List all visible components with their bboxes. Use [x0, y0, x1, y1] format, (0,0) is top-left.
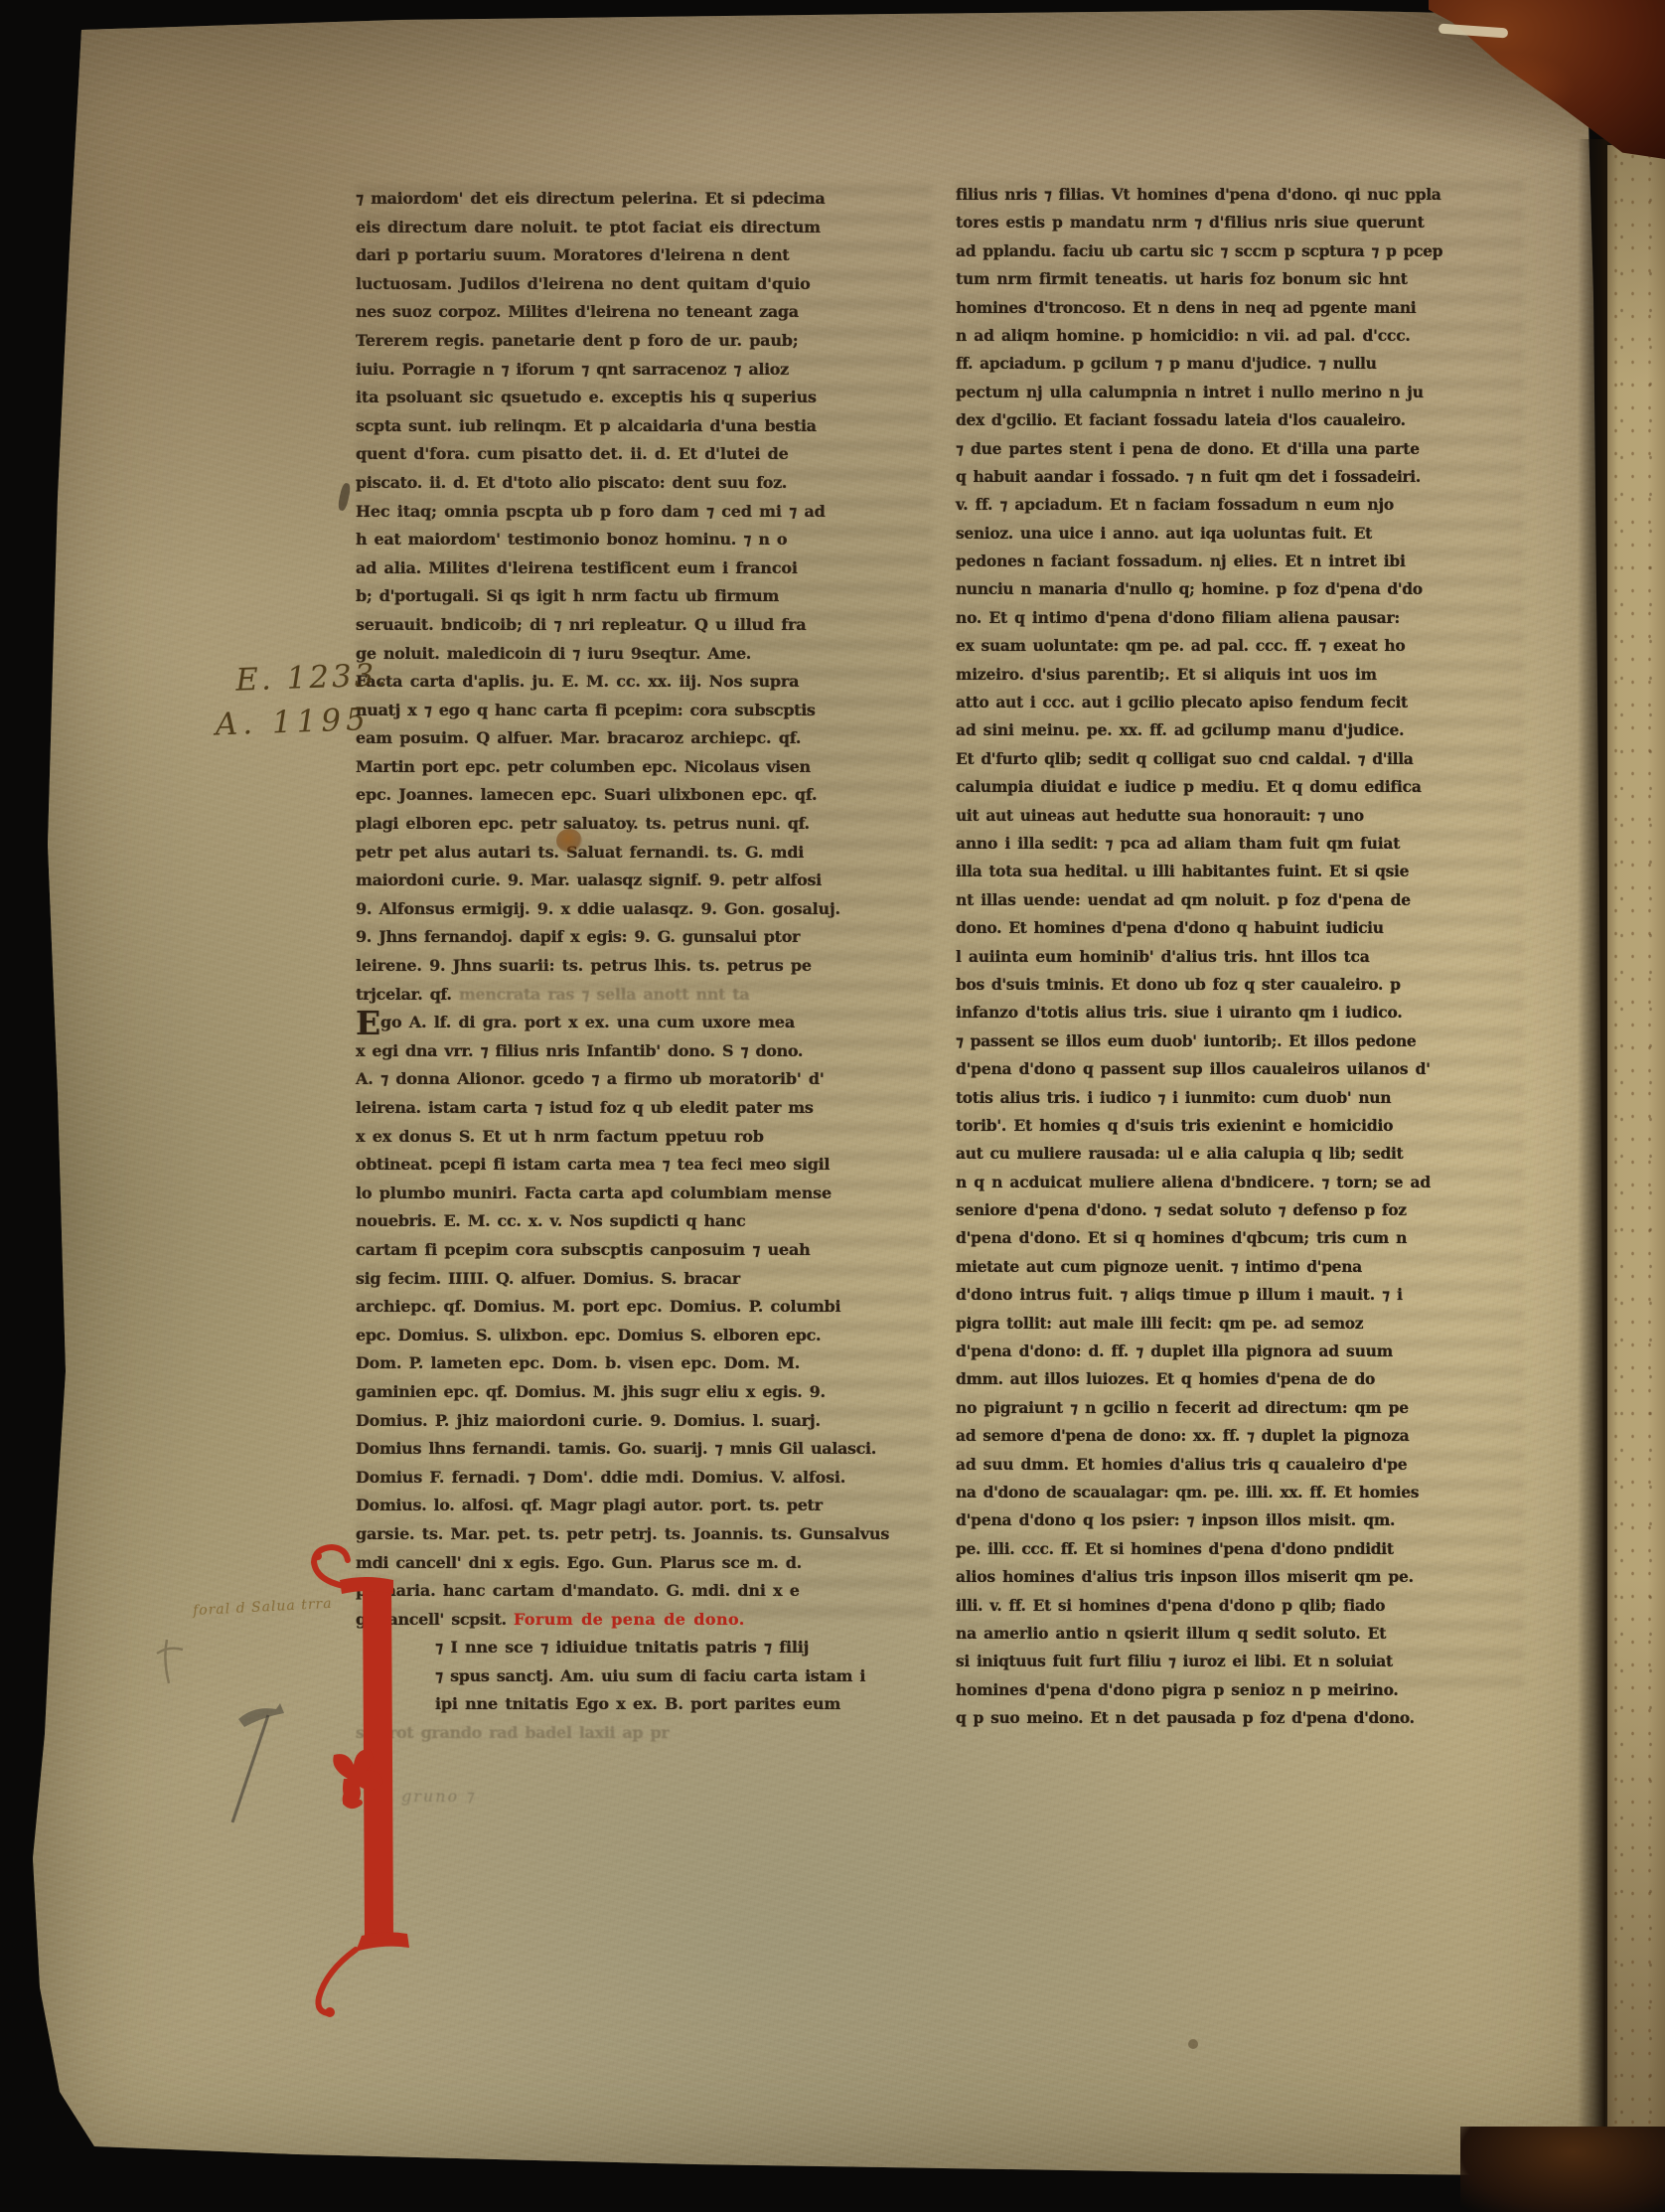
text-line: bos d'suis tminis. Et dono ub foz q ster… [956, 971, 1526, 999]
text-line: nt illas uende: uendat ad qm noluit. p f… [956, 886, 1526, 914]
text-line: q p suo meino. Et n det pausada p foz d'… [956, 1704, 1526, 1732]
decorated-initial-I [288, 1542, 457, 2019]
manuscript-photo: ⁊ maiordom' det eis directum pelerina. E… [0, 0, 1665, 2212]
text-line: homines d'troncoso. Et n dens in neq ad … [956, 294, 1526, 322]
text-line: scpta sunt. iub relinqm. Et p alcaidaria… [356, 412, 934, 441]
parchment-page: ⁊ maiordom' det eis directum pelerina. E… [0, 0, 1665, 2212]
text-line: ad semore d'pena de dono: xx. ff. ⁊ dupl… [956, 1422, 1526, 1450]
text-line: pigra tollit: aut male illi fecit: qm pe… [956, 1310, 1526, 1338]
text-line: pe. illi. ccc. ff. Et si homines d'pena … [956, 1535, 1526, 1563]
text-line: Hec itaq; omnia pscpta ub p foro dam ⁊ c… [356, 498, 934, 527]
text-line: luctuosam. Judilos d'leirena no dent qui… [356, 270, 934, 299]
shelfmark-line-2: A. 1195 [215, 697, 392, 746]
text-line: na d'dono de scaualagar: qm. pe. illi. x… [956, 1479, 1526, 1506]
text-line: atto aut i ccc. aut i gcilio plecato api… [956, 689, 1526, 716]
text-column-left: ⁊ maiordom' det eis directum pelerina. E… [356, 185, 934, 1748]
text-line: d'pena d'dono q passent sup illos cauale… [956, 1055, 1526, 1083]
text-line: ex suam uoluntate: qm pe. ad pal. ccc. f… [956, 632, 1526, 660]
text-line: totis alius tris. i iudico ⁊ i iunmito: … [956, 1084, 1526, 1112]
text-line: ge noluit. maledicoin di ⁊ iuru 9seqtur.… [356, 640, 934, 669]
text-line: d'dono intrus fuit. ⁊ aliqs timue p illu… [956, 1281, 1526, 1309]
text-line: d'pena d'dono: d. ff. ⁊ duplet illa pign… [956, 1338, 1526, 1365]
text-line: quent d'fora. cum pisatto det. ii. d. Et… [356, 440, 934, 469]
shelfmark-line-1: E. 1233. [235, 653, 391, 702]
text-line: iuiu. Porragie n ⁊ iforum ⁊ qnt sarracen… [356, 356, 934, 385]
text-line: dari p portariu suum. Moratores d'leiren… [356, 241, 934, 270]
text-line: ⁊ passent se illos eum duob' iuntorib;. … [956, 1027, 1526, 1055]
text-line: n ad aliqm homine. p homicidio: n vii. a… [956, 322, 1526, 350]
text-line: leirena. istam carta ⁊ istud foz q ub el… [356, 1094, 934, 1123]
text-line: Domius. P. jhiz maiordoni curie. 9. Domi… [356, 1407, 934, 1436]
text-line: alios homines d'alius tris inpson illos … [956, 1563, 1526, 1591]
text-line: maiordoni curie. 9. Mar. ualasqz signif.… [356, 867, 934, 895]
text-line: 9. Jhns fernandoj. dapif x egis: 9. G. g… [356, 923, 934, 952]
text-line: mizeiro. d'sius parentib;. Et si aliquis… [956, 661, 1526, 689]
text-line: no. Et q intimo d'pena d'dono filiam ali… [956, 604, 1526, 632]
text-line: eis directum dare noluit. te ptot faciat… [356, 214, 934, 242]
text-line: dmm. aut illos luiozes. Et q homies d'pe… [956, 1365, 1526, 1393]
text-line: si iniqtuus fuit furt filiu ⁊ iuroz ei l… [956, 1648, 1526, 1675]
text-line: tores estis p mandatu nrm ⁊ d'filius nri… [956, 209, 1526, 237]
text-line: anno i illa sedit: ⁊ pca ad aliam tham f… [956, 830, 1526, 858]
text-line: torib'. Et homies q d'suis tris exienint… [956, 1112, 1526, 1140]
small-speck [1188, 2039, 1198, 2049]
text-line: d'pena d'dono q los psier: ⁊ inpson illo… [956, 1506, 1526, 1534]
text-line: Et d'furto qlib; sedit q colligat suo cn… [956, 745, 1526, 773]
text-line: filius nris ⁊ filias. Vt homines d'pena … [956, 181, 1526, 209]
text-line: q habuit aandar i fossado. ⁊ n fuit qm d… [956, 463, 1526, 491]
text-line: illi. v. ff. Et si homines d'pena d'dono… [956, 1592, 1526, 1620]
text-line: ad suu dmm. Et homies d'alius tris q cau… [956, 1451, 1526, 1479]
text-line: piscato. ii. d. Et d'toto alio piscato: … [356, 469, 934, 498]
text-line: seniore d'pena d'dono. ⁊ sedat soluto ⁊ … [956, 1196, 1526, 1224]
text-line: plagi elboren epc. petr saluatoy. ts. pe… [356, 810, 934, 839]
text-line: pectum nj ulla calumpnia n intret i null… [956, 379, 1526, 406]
book-block-foot [1460, 2127, 1665, 2212]
text-line: d'pena d'dono. Et si q homines d'qbcum; … [956, 1224, 1526, 1252]
text-line: illa tota sua hedital. u illi habitantes… [956, 858, 1526, 885]
text-line: epc. Joannes. lamecen epc. Suari ulixbon… [356, 781, 934, 810]
margin-cross-mark [149, 1632, 199, 1691]
text-line: Domius F. fernadi. ⁊ Dom'. ddie mdi. Dom… [356, 1464, 934, 1493]
text-line: n q n acduicat muliere aliena d'bndicere… [956, 1169, 1526, 1196]
text-line: archiepc. qf. Domius. M. port epc. Domiu… [356, 1293, 934, 1322]
text-line: dex d'gcilio. Et faciant fossadu lateia … [956, 406, 1526, 434]
ink-stain [556, 829, 582, 853]
text-line: Facta carta d'aplis. ju. E. M. cc. xx. i… [356, 668, 934, 697]
text-line: ⁊ due partes stent i pena de dono. Et d'… [956, 435, 1526, 463]
text-line: x egi dna vrr. ⁊ filius nris Infantib' d… [356, 1037, 934, 1066]
text-line: ad sini meinu. pe. xx. ff. ad gcilump ma… [956, 716, 1526, 744]
text-line: Martin port epc. petr columben epc. Nico… [356, 753, 934, 782]
text-line: homines d'pena d'dono pigra p senioz n p… [956, 1676, 1526, 1704]
text-line: eam posuim. Q alfuer. Mar. bracaroz arch… [356, 724, 934, 753]
text-line: Domius. lo. alfosi. qf. Magr plagi autor… [356, 1492, 934, 1520]
text-line: calumpia diuidat e iudice p mediu. Et q … [956, 773, 1526, 801]
text-line: seruauit. bndicoib; di ⁊ nri repleatur. … [356, 611, 934, 640]
text-line: nes suoz corpoz. Milites d'leirena no te… [356, 298, 934, 327]
text-line: epc. Domius. S. ulixbon. epc. Domius S. … [356, 1322, 934, 1350]
text-line: lo plumbo muniri. Facta carta apd columb… [356, 1180, 934, 1208]
text-line: A. ⁊ donna Alionor. gcedo ⁊ a firmo ub m… [356, 1065, 934, 1094]
text-line: b; d'portugali. Si qs igit h nrm factu u… [356, 582, 934, 611]
text-line: sig fecim. IIIII. Q. alfuer. Domius. S. … [356, 1265, 934, 1294]
text-line: nuatj x ⁊ ego q hanc carta fi pcepim: co… [356, 697, 934, 725]
text-line: 9. Alfonsus ermigij. 9. x ddie ualasqz. … [356, 895, 934, 924]
text-line: Ego A. lf. di gra. port x ex. una cum ux… [356, 1009, 934, 1037]
text-line: ad alia. Milites d'leirena testificent e… [356, 554, 934, 583]
pen-trial-mark [225, 1701, 304, 1830]
text-line: leirene. 9. Jhns suarii: ts. petrus lhis… [356, 952, 934, 981]
text-line: gaminien epc. qf. Domius. M. jhis sugr e… [356, 1378, 934, 1407]
text-line: nunciu n manaria d'nullo q; homine. p fo… [956, 575, 1526, 603]
rubric-heading: Forum de pena de dono. [514, 1610, 745, 1629]
text-line: petr pet alus autari ts. Saluat fernandi… [356, 839, 934, 868]
text-line: h eat maiordom' testimonio bonoz hominu.… [356, 526, 934, 554]
text-line: infanzo d'totis alius tris. siue i uiran… [956, 999, 1526, 1027]
text-line: senioz. una uice i anno. aut iqa uolunta… [956, 520, 1526, 548]
text-line: obtineat. pcepi fi istam carta mea ⁊ tea… [356, 1151, 934, 1180]
text-line: uit aut uineas aut hedutte sua honorauit… [956, 802, 1526, 830]
text-line: trjcelar. qf. mencrata ras ⁊ sella anott… [356, 981, 934, 1010]
faded-offset-text: gruno ⁊ [401, 1787, 476, 1806]
text-line: Tererem regis. panetarie dent p foro de … [356, 327, 934, 356]
text-line: Dom. P. lameten epc. Dom. b. visen epc. … [356, 1349, 934, 1378]
erased-text: mencrata ras ⁊ sella anott nnt ta [452, 985, 750, 1004]
text-line: ff. apciadum. p gcilum ⁊ p manu d'judice… [956, 350, 1526, 378]
text-line: nouebris. E. M. cc. x. v. Nos supdicti q… [356, 1207, 934, 1236]
text-line: mietate aut cum pignoze uenit. ⁊ intimo … [956, 1253, 1526, 1281]
text-line: cartam fi pcepim cora subscptis canposui… [356, 1236, 934, 1265]
text-line: tum nrm firmit teneatis. ut haris foz bo… [956, 265, 1526, 293]
text-line: pedones n faciant fossadum. nj elies. Et… [956, 548, 1526, 575]
text-line: na amerlio antio n qsierit illum q sedit… [956, 1620, 1526, 1648]
text-line: l auiinta eum hominib' d'alius tris. hnt… [956, 943, 1526, 971]
shelfmark-annotation: E. 1233. A. 1195 [235, 653, 392, 745]
text-line: Domius lhns fernandi. tamis. Go. suarij.… [356, 1435, 934, 1464]
text-line: ad pplandu. faciu ub cartu sic ⁊ sccm p … [956, 237, 1526, 265]
text-line: dono. Et homines d'pena d'dono q habuint… [956, 914, 1526, 942]
next-page-edge [1607, 145, 1665, 2134]
text-line: ⁊ maiordom' det eis directum pelerina. E… [356, 185, 934, 214]
text-line: x ex donus S. Et ut h nrm factum ppetuu … [356, 1123, 934, 1152]
text-line: no pigraiunt ⁊ n gcilio n fecerit ad dir… [956, 1394, 1526, 1422]
text-line: aut cu muliere rausada: ul e alia calupi… [956, 1140, 1526, 1168]
text-line: ita psoluant sic qsuetudo e. exceptis hi… [356, 384, 934, 412]
text-line: v. ff. ⁊ apciadum. Et n faciam fossadum … [956, 491, 1526, 519]
text-column-right: filius nris ⁊ filias. Vt homines d'pena … [956, 181, 1526, 1732]
